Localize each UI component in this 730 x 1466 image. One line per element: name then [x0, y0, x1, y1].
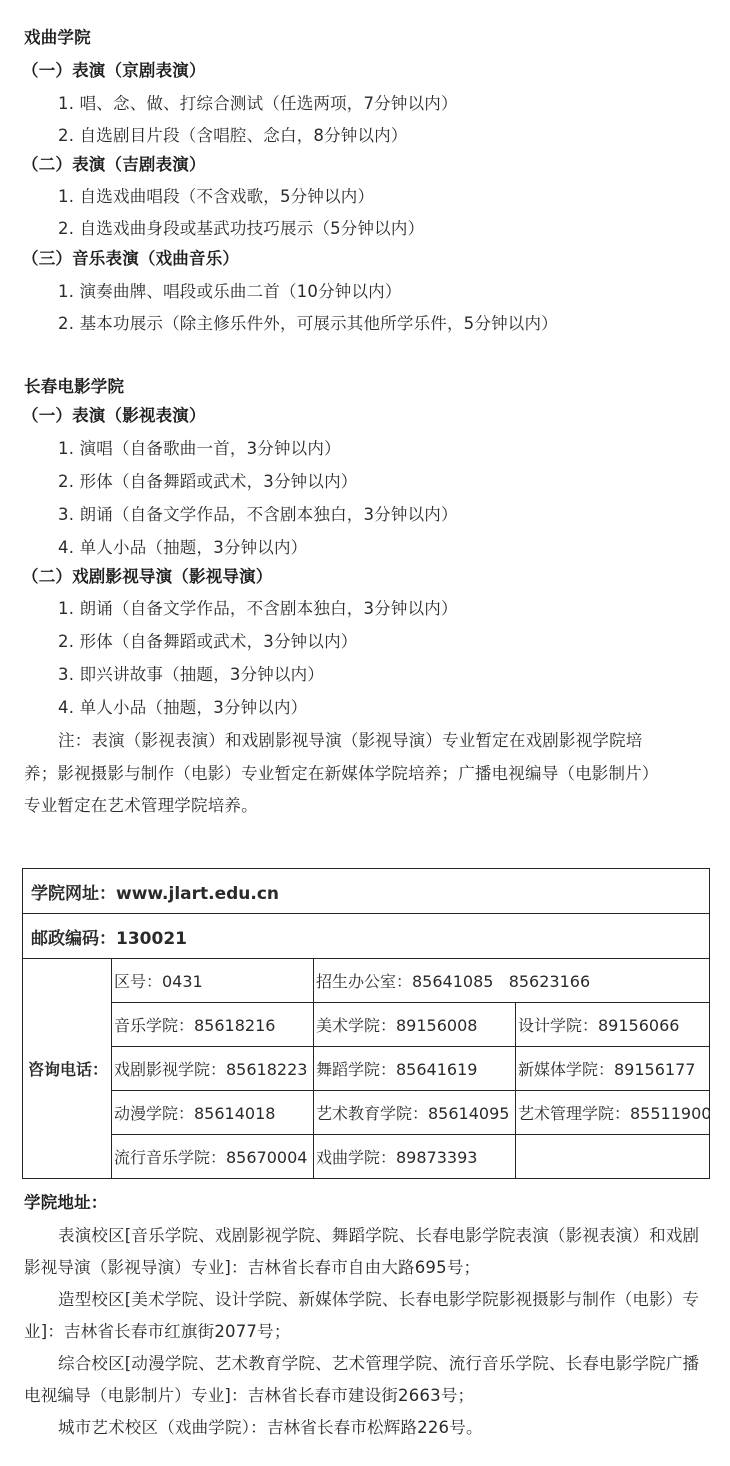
website-cell: 学院网址：www.jlart.edu.cn	[23, 869, 710, 914]
exam-item: 2. 形体（自备舞蹈或武术，3分钟以内）	[58, 631, 358, 653]
postcode-value: 130021	[116, 929, 187, 949]
address-line: 电视编导（电影制片）专业]：吉林省长春市建设街2663号；	[24, 1385, 474, 1407]
note-line: 专业暂定在艺术管理学院培养。	[24, 795, 258, 817]
address-line: 业]：吉林省长春市红旗街2077号；	[24, 1321, 291, 1343]
phone-cell: 戏曲学院：89873393	[314, 1135, 516, 1179]
phone-row: 咨询电话： 区号：0431 招生办公室：85641085 85623166	[23, 959, 710, 1003]
address-line: 造型校区[美术学院、设计学院、新媒体学院、长春电影学院影视摄影与制作（电影）专	[58, 1289, 699, 1311]
exam-item: 3. 朗诵（自备文学作品，不含剧本独白，3分钟以内）	[58, 504, 458, 526]
major-heading: （二）表演（吉剧表演）	[22, 154, 206, 176]
area-code: 区号：0431	[112, 959, 314, 1003]
exam-item: 2. 基本功展示（除主修乐件外，可展示其他所学乐件，5分钟以内）	[58, 313, 558, 335]
phone-cell: 美术学院：89156008	[314, 1003, 516, 1047]
exam-item: 1. 自选戏曲唱段（不含戏歌，5分钟以内）	[58, 186, 374, 208]
college-title-xiqu: 戏曲学院	[24, 27, 91, 49]
phone-cell: 戏剧影视学院：85618223	[112, 1047, 314, 1091]
exam-item: 4. 单人小品（抽题，3分钟以内）	[58, 537, 307, 559]
phone-row: 流行音乐学院：85670004 戏曲学院：89873393	[23, 1135, 710, 1179]
phone-row: 戏剧影视学院：85618223 舞蹈学院：85641619 新媒体学院：8915…	[23, 1047, 710, 1091]
admissions-phone: 招生办公室：85641085 85623166	[314, 959, 710, 1003]
address-line: 影视导演（影视导演）专业]：吉林省长春市自由大路695号；	[24, 1257, 480, 1279]
address-line: 综合校区[动漫学院、艺术教育学院、艺术管理学院、流行音乐学院、长春电影学院广播	[58, 1353, 699, 1375]
phone-cell: 舞蹈学院：85641619	[314, 1047, 516, 1091]
address-line: 城市艺术校区（戏曲学院）：吉林省长春市松辉路226号。	[58, 1417, 483, 1439]
phone-row: 动漫学院：85614018 艺术教育学院：85614095 艺术管理学院：855…	[23, 1091, 710, 1135]
exam-item: 1. 演唱（自备歌曲一首，3分钟以内）	[58, 438, 341, 460]
major-heading: （二）戏剧影视导演（影视导演）	[22, 566, 273, 588]
postcode-row: 邮政编码：130021	[23, 914, 710, 959]
note-line: 养；影视摄影与制作（电影）专业暂定在新媒体学院培养；广播电视编导（电影制片）	[24, 763, 659, 785]
website-link[interactable]: www.jlart.edu.cn	[116, 884, 279, 904]
exam-item: 2. 形体（自备舞蹈或武术，3分钟以内）	[58, 471, 358, 493]
exam-item: 1. 朗诵（自备文学作品，不含剧本独白，3分钟以内）	[58, 598, 458, 620]
exam-item: 1. 演奏曲牌、唱段或乐曲二首（10分钟以内）	[58, 281, 402, 303]
note-line: 注：表演（影视表演）和戏剧影视导演（影视导演）专业暂定在戏剧影视学院培	[58, 730, 643, 752]
phone-cell: 艺术教育学院：85614095	[314, 1091, 516, 1135]
address-line: 表演校区[音乐学院、戏剧影视学院、舞蹈学院、长春电影学院表演（影视表演）和戏剧	[58, 1225, 699, 1247]
website-label: 学院网址：	[31, 884, 116, 904]
phone-cell: 艺术管理学院：85511900	[516, 1091, 710, 1135]
major-heading: （三）音乐表演（戏曲音乐）	[22, 248, 239, 270]
phone-cell: 动漫学院：85614018	[112, 1091, 314, 1135]
exam-item: 4. 单人小品（抽题，3分钟以内）	[58, 697, 307, 719]
phone-cell: 新媒体学院：89156177	[516, 1047, 710, 1091]
phone-cell: 音乐学院：85618216	[112, 1003, 314, 1047]
address-title: 学院地址：	[24, 1192, 108, 1214]
exam-item: 2. 自选剧目片段（含唱腔、念白，8分钟以内）	[58, 125, 408, 147]
phone-cell: 设计学院：89156066	[516, 1003, 710, 1047]
exam-item: 1. 唱、念、做、打综合测试（任选两项，7分钟以内）	[58, 93, 458, 115]
exam-item: 3. 即兴讲故事（抽题，3分钟以内）	[58, 664, 324, 686]
phone-row: 音乐学院：85618216 美术学院：89156008 设计学院：8915606…	[23, 1003, 710, 1047]
contact-info-table: 学院网址：www.jlart.edu.cn 邮政编码：130021 咨询电话： …	[22, 868, 710, 1179]
phone-label: 咨询电话：	[23, 959, 112, 1179]
website-row: 学院网址：www.jlart.edu.cn	[23, 869, 710, 914]
postcode-cell: 邮政编码：130021	[23, 914, 710, 959]
phone-cell-empty	[516, 1135, 710, 1179]
major-heading: （一）表演（影视表演）	[22, 405, 206, 427]
postcode-label: 邮政编码：	[31, 929, 116, 949]
phone-cell: 流行音乐学院：85670004	[112, 1135, 314, 1179]
exam-item: 2. 自选戏曲身段或基武功技巧展示（5分钟以内）	[58, 218, 424, 240]
major-heading: （一）表演（京剧表演）	[22, 60, 206, 82]
college-title-film: 长春电影学院	[24, 376, 124, 398]
